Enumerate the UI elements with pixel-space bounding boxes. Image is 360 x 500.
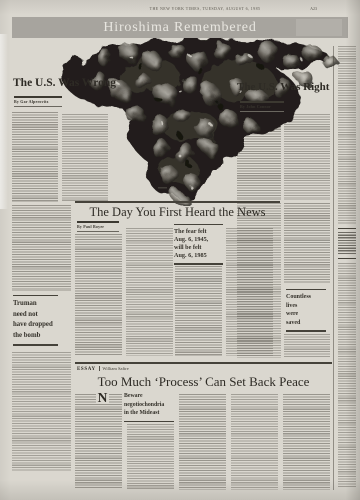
pull-quote-rule bbox=[13, 344, 58, 345]
essay-author: William Safire bbox=[102, 366, 128, 371]
masthead-dateline: THE NEW YORK TIMES, TUESDAY, AUGUST 6, 1… bbox=[110, 6, 300, 11]
pull-quote-line: the bomb bbox=[13, 331, 58, 342]
article-left-byline: By Gar Alperovitz bbox=[14, 99, 49, 104]
byline-rule bbox=[77, 221, 119, 223]
pull-quote-line: Aug. 6, 1945, bbox=[174, 236, 223, 244]
body-text-column bbox=[231, 394, 278, 490]
body-text-column bbox=[179, 394, 226, 490]
pull-quote-line: Beware bbox=[124, 392, 174, 401]
article-middle-headline: The Day You First Heard the News bbox=[75, 205, 280, 220]
pull-quote-rule bbox=[174, 224, 223, 225]
pull-quote-line: need not bbox=[13, 310, 58, 321]
body-text-column bbox=[75, 234, 122, 356]
section-rule bbox=[75, 362, 332, 364]
byline-rule bbox=[240, 111, 284, 112]
pull-quote-line: will be felt bbox=[174, 244, 223, 252]
drop-cap: N bbox=[96, 391, 109, 404]
pull-quote-line: lives bbox=[286, 302, 326, 311]
article-right-headline: The U.S. Was Right bbox=[237, 81, 335, 93]
body-text-column bbox=[284, 334, 330, 358]
body-text-column bbox=[175, 266, 222, 356]
right-rail-column bbox=[338, 263, 356, 488]
banner-title: Hiroshima Remembered bbox=[103, 20, 256, 35]
rose-bouquet-illustration bbox=[40, 36, 340, 206]
article-middle-byline-block: By Paul Boyer bbox=[77, 221, 119, 231]
article-left-headline: The U.S. Was Wrong bbox=[13, 77, 127, 89]
byline-rule bbox=[14, 106, 62, 107]
page-edge-highlight bbox=[0, 34, 8, 209]
pull-quote-rule bbox=[13, 295, 58, 296]
pull-quote-line: have dropped bbox=[13, 320, 58, 331]
right-rail-header bbox=[338, 232, 356, 254]
pull-quote-line: Aug. 6, 1985 bbox=[174, 252, 223, 260]
pull-quote-line: in the Mideast bbox=[124, 409, 174, 418]
right-rail-column bbox=[338, 46, 356, 224]
essay-label: ESSAY bbox=[77, 367, 96, 372]
pull-quote-rule bbox=[124, 421, 174, 422]
body-text-column bbox=[283, 394, 330, 490]
rail-rule bbox=[338, 228, 356, 229]
pull-quote-line: The fear felt bbox=[174, 228, 223, 236]
body-text-column bbox=[127, 424, 174, 490]
pull-quote-countless: Countless lives were saved bbox=[286, 287, 326, 335]
pull-quote-line: were bbox=[286, 310, 326, 319]
byline-rule bbox=[14, 96, 62, 98]
byline-rule bbox=[77, 231, 119, 232]
body-text-column bbox=[12, 205, 71, 291]
article-left-byline-block: By Gar Alperovitz bbox=[14, 96, 62, 106]
body-text-column bbox=[284, 203, 330, 284]
pull-quote-line: Countless bbox=[286, 293, 326, 302]
pull-quote-line: negotiochondria bbox=[124, 401, 174, 410]
pull-quote-line: saved bbox=[286, 319, 326, 328]
illustration-credit-mark bbox=[158, 187, 167, 189]
essay-label-block: ESSAYWilliam Safire bbox=[77, 366, 227, 372]
body-text-column bbox=[126, 228, 173, 356]
article-right-byline-block: By John Connor bbox=[240, 101, 284, 111]
pull-quote-rule bbox=[286, 289, 326, 290]
essay-headline: Too Much ‘Process’ Can Set Back Peace bbox=[75, 374, 332, 390]
column-rule bbox=[333, 46, 334, 490]
banner-texture bbox=[296, 19, 342, 36]
body-text-column bbox=[75, 394, 122, 489]
pull-quote-truman: Truman need not have dropped the bomb bbox=[13, 293, 58, 349]
article-right-byline: By John Connor bbox=[240, 104, 271, 109]
pull-quote-fear: The fear felt Aug. 6, 1945, will be felt… bbox=[174, 222, 223, 268]
section-rule bbox=[75, 201, 280, 203]
pull-quote-rule bbox=[286, 330, 326, 331]
newspaper-page: THE NEW YORK TIMES, TUESDAY, AUGUST 6, 1… bbox=[0, 0, 360, 500]
body-text-column bbox=[226, 228, 273, 356]
rail-rule bbox=[338, 258, 356, 259]
label-divider bbox=[99, 366, 100, 371]
body-text-column bbox=[12, 352, 71, 472]
page-number: A23 bbox=[285, 6, 317, 11]
pull-quote-line: Truman bbox=[13, 299, 58, 310]
article-middle-byline: By Paul Boyer bbox=[77, 224, 104, 229]
pull-quote-rule bbox=[174, 263, 223, 264]
pull-quote-beware: Beware negotiochondria in the Mideast bbox=[124, 392, 174, 425]
byline-rule bbox=[240, 101, 284, 103]
